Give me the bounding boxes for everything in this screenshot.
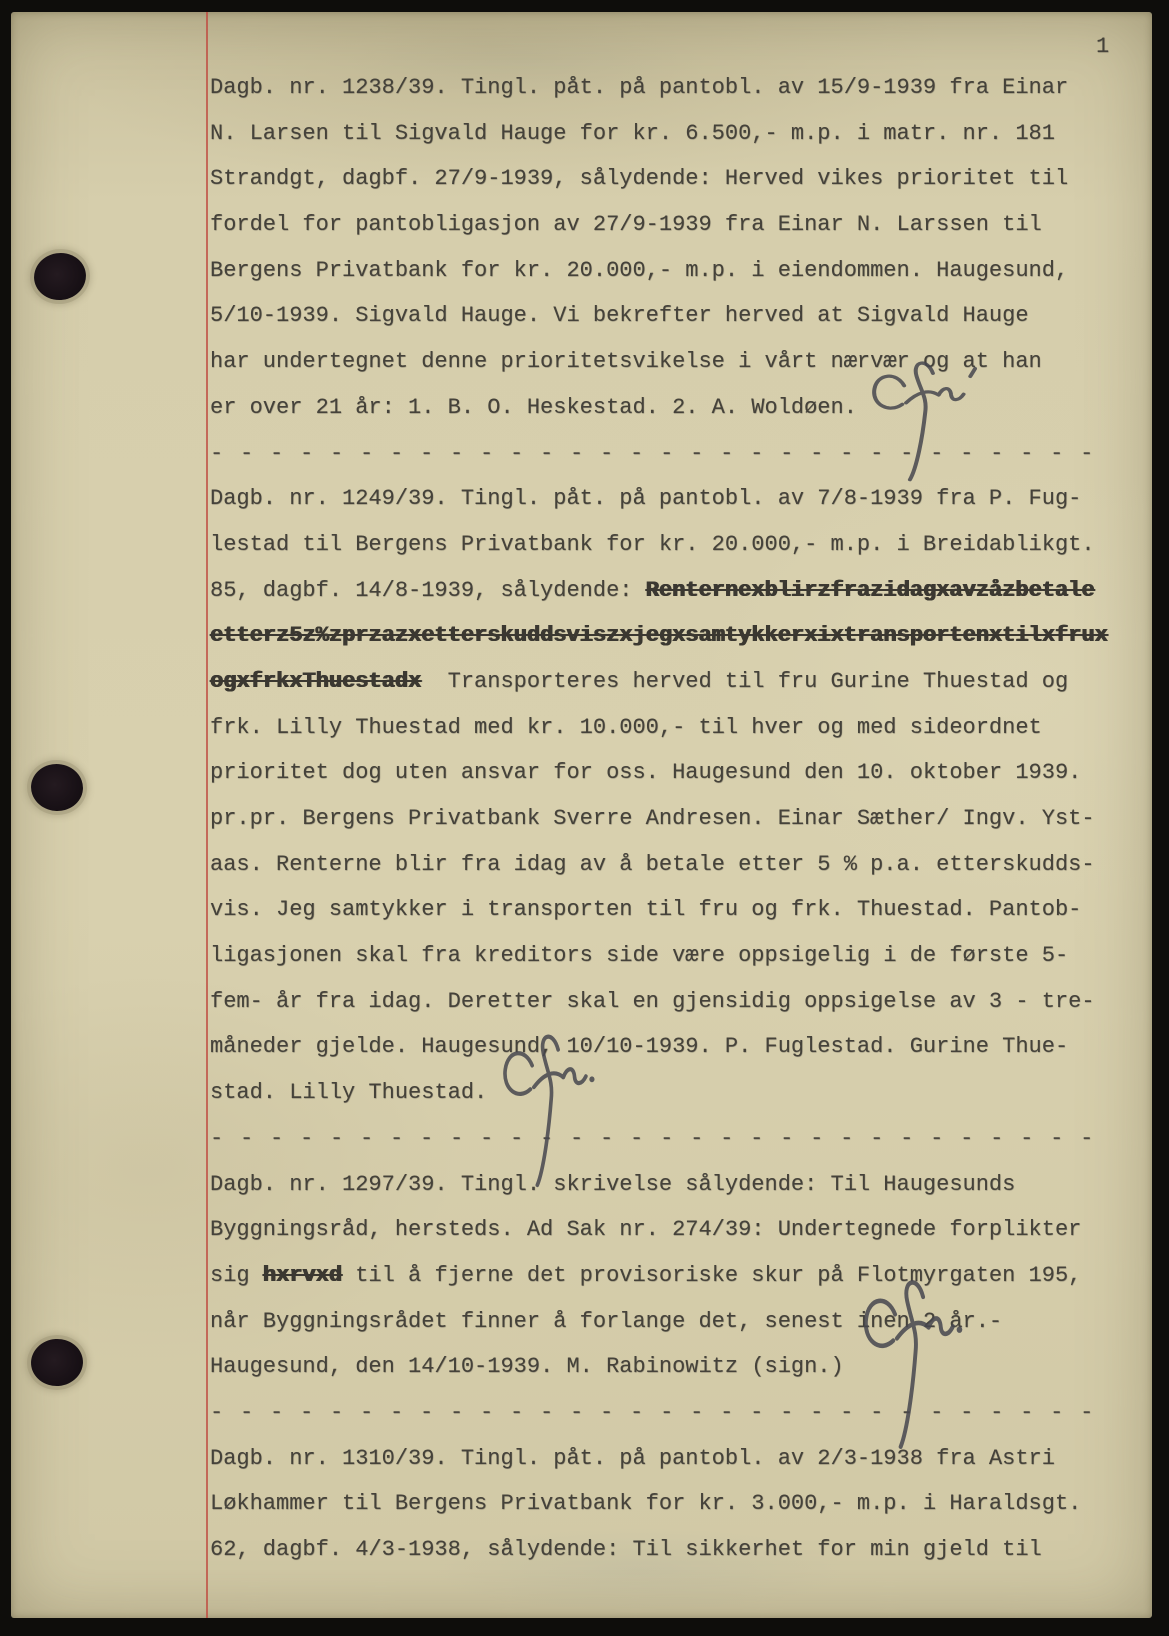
struck-text: ogxfrkxThuestadx (210, 669, 421, 694)
ledger-entry: Dagb. nr. 1249/39. Tingl. påt. på pantob… (210, 476, 1140, 1116)
text-line: aas. Renterne blir fra idag av å betale … (210, 842, 1140, 888)
text-line: Dagb. nr. 1310/39. Tingl. påt. på pantob… (210, 1436, 1140, 1482)
text-line: 5/10-1939. Sigvald Hauge. Vi bekrefter h… (210, 293, 1140, 339)
text-line: måneder gjelde. Haugesund, 10/10-1939. P… (210, 1024, 1140, 1070)
typewritten-text: fordel for pantobligasjon av 27/9-1939 f… (210, 212, 1042, 237)
text-line: er over 21 år: 1. B. O. Heskestad. 2. A.… (210, 385, 1140, 431)
text-line: ogxfrkxThuestadx Transporteres herved ti… (210, 659, 1140, 705)
page-number: 1 (1096, 34, 1109, 59)
typewritten-text: 85, dagbf. 14/8-1939, sålydende: (210, 578, 646, 603)
text-line: etterz5z%zprzazxetterskuddsviszxjegxsamt… (210, 613, 1140, 659)
typewritten-text: måneder gjelde. Haugesund, 10/10-1939. P… (210, 1034, 1068, 1059)
typewritten-text: pr.pr. Bergens Privatbank Sverre Andrese… (210, 806, 1095, 831)
struck-text: etterz5z%zprzazxetterskuddsviszxjegxsamt… (210, 623, 1108, 648)
typewritten-text: aas. Renterne blir fra idag av å betale … (210, 852, 1095, 877)
typewritten-text: stad. Lilly Thuestad. (210, 1080, 487, 1105)
text-line: Dagb. nr. 1238/39. Tingl. påt. på pantob… (210, 65, 1140, 111)
typewritten-text: 5/10-1939. Sigvald Hauge. Vi bekrefter h… (210, 303, 1029, 328)
text-line: frk. Lilly Thuestad med kr. 10.000,- til… (210, 705, 1140, 751)
text-line: fordel for pantobligasjon av 27/9-1939 f… (210, 202, 1140, 248)
text-line: Løkhammer til Bergens Privatbank for kr.… (210, 1481, 1140, 1527)
typewritten-text: lestad til Bergens Privatbank for kr. 20… (210, 532, 1095, 557)
typewritten-text: Haugesund, den 14/10-1939. M. Rabinowitz… (210, 1354, 844, 1379)
document-body: Dagb. nr. 1238/39. Tingl. påt. på pantob… (210, 65, 1140, 1573)
text-line: har undertegnet denne prioritetsvikelse … (210, 339, 1140, 385)
struck-text: hxrvxd (263, 1263, 342, 1288)
text-line: N. Larsen til Sigvald Hauge for kr. 6.50… (210, 111, 1140, 157)
handwritten-cfr-mark (494, 1020, 598, 1188)
ledger-entry: Dagb. nr. 1238/39. Tingl. påt. på pantob… (210, 65, 1140, 431)
punch-hole (29, 762, 85, 813)
text-line: Dagb. nr. 1249/39. Tingl. påt. på pantob… (210, 476, 1140, 522)
typewritten-text: vis. Jeg samtykker i transporten til fru… (210, 897, 1081, 922)
text-line: prioritet dog uten ansvar for oss. Hauge… (210, 750, 1140, 796)
text-line: Bergens Privatbank for kr. 20.000,- m.p.… (210, 248, 1140, 294)
text-line: sig hxrvxd til å fjerne det provisoriske… (210, 1253, 1140, 1299)
punch-hole (29, 1337, 84, 1388)
punch-hole (31, 250, 89, 304)
text-line: Byggningsråd, hersteds. Ad Sak nr. 274/3… (210, 1207, 1140, 1253)
typewritten-text: ligasjonen skal fra kreditors side være … (210, 943, 1068, 968)
paper-sheet: 1 Dagb. nr. 1238/39. Tingl. påt. på pant… (11, 12, 1152, 1618)
typewritten-text: Dagb. nr. 1297/39. Tingl. skrivelse såly… (210, 1172, 1015, 1197)
typewritten-text: 62, dagbf. 4/3-1938, sålydende: Til sikk… (210, 1537, 1042, 1562)
text-line: 85, dagbf. 14/8-1939, sålydende: Rentern… (210, 568, 1140, 614)
text-line: lestad til Bergens Privatbank for kr. 20… (210, 522, 1140, 568)
typewritten-text: prioritet dog uten ansvar for oss. Hauge… (210, 760, 1081, 785)
typewritten-text: Dagb. nr. 1249/39. Tingl. påt. på pantob… (210, 486, 1081, 511)
typewritten-text: Strandgt, dagbf. 27/9-1939, sålydende: H… (210, 166, 1068, 191)
text-line: 62, dagbf. 4/3-1938, sålydende: Til sikk… (210, 1527, 1140, 1573)
ledger-entry: Dagb. nr. 1310/39. Tingl. påt. på pantob… (210, 1436, 1140, 1573)
dashed-separator: - - - - - - - - - - - - - - - - - - - - … (210, 1390, 1140, 1436)
typewritten-text: Løkhammer til Bergens Privatbank for kr.… (210, 1491, 1081, 1516)
typewritten-text: Bergens Privatbank for kr. 20.000,- m.p.… (210, 258, 1068, 283)
typewritten-text: er over 21 år: 1. B. O. Heskestad. 2. A.… (210, 395, 857, 420)
typewritten-text: Dagb. nr. 1238/39. Tingl. påt. på pantob… (210, 75, 1068, 100)
text-line: Strandgt, dagbf. 27/9-1939, sålydende: H… (210, 156, 1140, 202)
dashed-separator: - - - - - - - - - - - - - - - - - - - - … (210, 431, 1140, 477)
typewritten-text: Byggningsråd, hersteds. Ad Sak nr. 274/3… (210, 1217, 1081, 1242)
dashed-separator: - - - - - - - - - - - - - - - - - - - - … (210, 1116, 1140, 1162)
handwritten-cfr-mark (862, 350, 977, 482)
text-line: pr.pr. Bergens Privatbank Sverre Andrese… (210, 796, 1140, 842)
handwritten-cfr-mark (854, 1264, 966, 1450)
typewritten-text: frk. Lilly Thuestad med kr. 10.000,- til… (210, 715, 1042, 740)
typewritten-text: fem- år fra idag. Deretter skal en gjens… (210, 989, 1095, 1014)
red-margin-line (206, 12, 208, 1618)
text-line: ligasjonen skal fra kreditors side være … (210, 933, 1140, 979)
typewritten-text: til å fjerne det provisoriske skur på Fl… (342, 1263, 1081, 1288)
text-line: når Byggningsrådet finner å forlange det… (210, 1299, 1140, 1345)
typewritten-text: Transporteres herved til fru Gurine Thue… (421, 669, 1068, 694)
text-line: Haugesund, den 14/10-1939. M. Rabinowitz… (210, 1344, 1140, 1390)
typewritten-text: sig (210, 1263, 263, 1288)
scanned-page: 1 Dagb. nr. 1238/39. Tingl. påt. på pant… (0, 0, 1169, 1636)
text-line: Dagb. nr. 1297/39. Tingl. skrivelse såly… (210, 1162, 1140, 1208)
ledger-entry: Dagb. nr. 1297/39. Tingl. skrivelse såly… (210, 1162, 1140, 1390)
struck-text: Renternexblirzfrazidagxavzåzbetale (646, 578, 1095, 603)
typewritten-text: N. Larsen til Sigvald Hauge for kr. 6.50… (210, 121, 1055, 146)
text-line: fem- år fra idag. Deretter skal en gjens… (210, 979, 1140, 1025)
text-line: stad. Lilly Thuestad. (210, 1070, 1140, 1116)
text-line: vis. Jeg samtykker i transporten til fru… (210, 887, 1140, 933)
